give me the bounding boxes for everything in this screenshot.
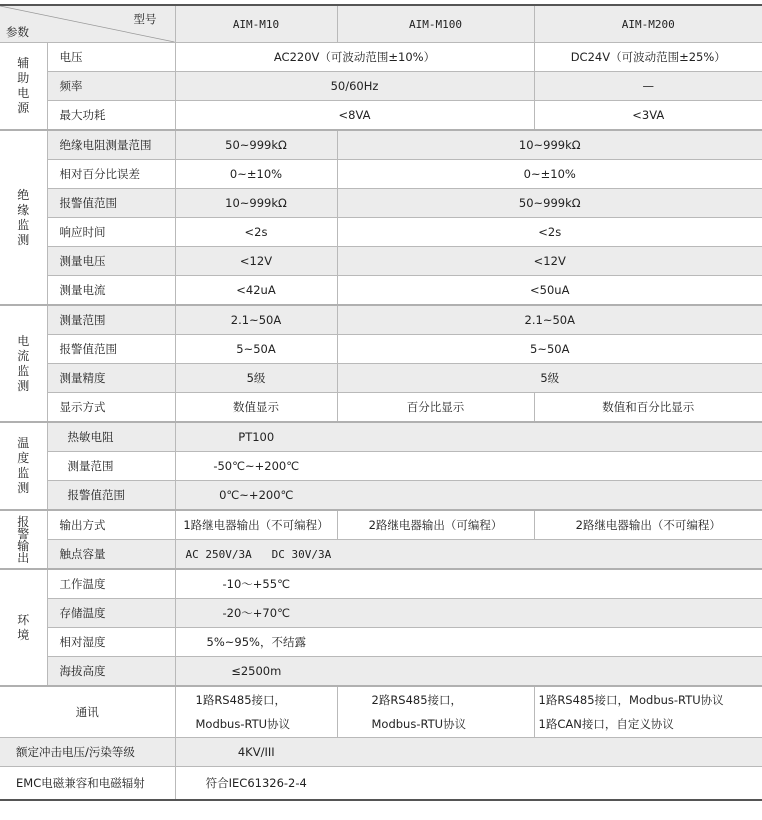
table-row: 环 境 工作温度 -10～+55℃ (0, 569, 762, 599)
value-m10: 50~999kΩ (175, 130, 337, 160)
table-row: 相对湿度 5%~95%，不结露 (0, 628, 762, 657)
param-contact: 触点容量 (47, 540, 175, 570)
value-m100-m200: <12V (337, 247, 762, 276)
param-label: 参数 (6, 24, 29, 40)
value-comm-m100: 2路RS485接口， Modbus-RTU协议 (337, 686, 534, 738)
value-voltage-m200: DC24V（可波动范围±25%） (534, 43, 762, 72)
value-m10: 0℃~+200℃ (175, 481, 337, 511)
value-empty (337, 657, 762, 687)
comm-line: Modbus-RTU协议 (372, 712, 528, 736)
value-comm-m10: 1路RS485接口， Modbus-RTU协议 (175, 686, 337, 738)
comm-line: 1路CAN接口，自定义协议 (539, 712, 757, 736)
value-m100-m200: 5~50A (337, 335, 762, 364)
value-m10: <42uA (175, 276, 337, 306)
value-m10: 2.1~50A (175, 305, 337, 335)
table-row: 测量电压 <12V <12V (0, 247, 762, 276)
table-row: 存储温度 -20～+70℃ (0, 599, 762, 628)
value-frequency-m10-m100: 50/60Hz (175, 72, 534, 101)
comm-line: 1路RS485接口，Modbus-RTU协议 (539, 688, 757, 712)
param-label: 相对湿度 (47, 628, 175, 657)
table-row: 温 度 监 测 热敏电阻 PT100 (0, 422, 762, 452)
value-empty (337, 738, 762, 767)
value-m10: 10~999kΩ (175, 189, 337, 218)
value-m100-m200: <2s (337, 218, 762, 247)
value-m10: 5%~95%，不结露 (175, 628, 337, 657)
param-label: 测量范围 (47, 452, 175, 481)
value-m100-m200: 0~±10% (337, 160, 762, 189)
group-alarm-output: 报 警 输 出 (0, 510, 47, 569)
table-row: 报 警 输 出 输出方式 1路继电器输出（不可编程） 2路继电器输出（可编程） … (0, 510, 762, 540)
spec-table: 型号 参数 AIM-M10 AIM-M100 AIM-M200 辅 助 电 源 … (0, 4, 762, 801)
model-label: 型号 (134, 11, 157, 27)
value-max-power-m200: <3VA (534, 101, 762, 131)
value-m10: 5级 (175, 364, 337, 393)
value-display-m200: 数值和百分比显示 (534, 393, 762, 423)
param-label: 测量电压 (47, 247, 175, 276)
table-row: 报警值范围 0℃~+200℃ (0, 481, 762, 511)
comm-line: Modbus-RTU协议 (196, 712, 331, 736)
param-label: 存储温度 (47, 599, 175, 628)
table-row: 最大功耗 <8VA <3VA (0, 101, 762, 131)
comm-line: 1路RS485接口， (196, 688, 331, 712)
value-frequency-m200: — (534, 72, 762, 101)
model-m100: AIM-M100 (337, 5, 534, 43)
value-m10: -50℃~+200℃ (175, 452, 337, 481)
corner-header: 型号 参数 (0, 5, 175, 43)
value-display-m10: 数值显示 (175, 393, 337, 423)
value-m10: <2s (175, 218, 337, 247)
param-label: 测量精度 (47, 364, 175, 393)
param-display: 显示方式 (47, 393, 175, 423)
param-label: 工作温度 (47, 569, 175, 599)
table-row: 测量范围 -50℃~+200℃ (0, 452, 762, 481)
value-empty (337, 422, 762, 452)
value-emc: 符合IEC61326-2-4 (175, 767, 337, 801)
table-row: 绝 缘 监 测 绝缘电阻测量范围 50~999kΩ 10~999kΩ (0, 130, 762, 160)
param-label: 海拔高度 (47, 657, 175, 687)
model-m200: AIM-M200 (534, 5, 762, 43)
param-max-power: 最大功耗 (47, 101, 175, 131)
value-m10: -20～+70℃ (175, 599, 337, 628)
value-m10: 0~±10% (175, 160, 337, 189)
param-label: 测量范围 (47, 305, 175, 335)
value-m100-m200: 5级 (337, 364, 762, 393)
value-m10: -10～+55℃ (175, 569, 337, 599)
group-current: 电 流 监 测 (0, 305, 47, 422)
value-empty (337, 767, 762, 801)
header-row: 型号 参数 AIM-M10 AIM-M100 AIM-M200 (0, 5, 762, 43)
value-empty (337, 540, 762, 570)
group-insulation: 绝 缘 监 测 (0, 130, 47, 305)
value-impulse: 4KV/III (175, 738, 337, 767)
value-empty (337, 481, 762, 511)
table-row: 通讯 1路RS485接口， Modbus-RTU协议 2路RS485接口， Mo… (0, 686, 762, 738)
value-empty (337, 628, 762, 657)
value-m100-m200: <50uA (337, 276, 762, 306)
table-row: 海拔高度 ≤2500m (0, 657, 762, 687)
value-comm-m200: 1路RS485接口，Modbus-RTU协议 1路CAN接口，自定义协议 (534, 686, 762, 738)
table-row: 报警值范围 5~50A 5~50A (0, 335, 762, 364)
value-output-m10: 1路继电器输出（不可编程） (175, 510, 337, 540)
param-label: 报警值范围 (47, 335, 175, 364)
comm-line: 2路RS485接口， (372, 688, 528, 712)
value-m100-m200: 2.1~50A (337, 305, 762, 335)
group-environment: 环 境 (0, 569, 47, 686)
table-row: 额定冲击电压/污染等级 4KV/III (0, 738, 762, 767)
param-label: 报警值范围 (47, 481, 175, 511)
table-row: 报警值范围 10~999kΩ 50~999kΩ (0, 189, 762, 218)
param-label: 响应时间 (47, 218, 175, 247)
table-row: 显示方式 数值显示 百分比显示 数值和百分比显示 (0, 393, 762, 423)
param-frequency: 频率 (47, 72, 175, 101)
param-label: 报警值范围 (47, 189, 175, 218)
table-row: 电 流 监 测 测量范围 2.1~50A 2.1~50A (0, 305, 762, 335)
value-empty (337, 452, 762, 481)
table-row: 触点容量 AC 250V/3A DC 30V/3A (0, 540, 762, 570)
value-m10: <12V (175, 247, 337, 276)
value-contact: AC 250V/3A DC 30V/3A (175, 540, 337, 570)
value-max-power-m10-m100: <8VA (175, 101, 534, 131)
param-impulse: 额定冲击电压/污染等级 (0, 738, 175, 767)
param-label: 热敏电阻 (47, 422, 175, 452)
value-output-m100: 2路继电器输出（可编程） (337, 510, 534, 540)
table-row: 相对百分比误差 0~±10% 0~±10% (0, 160, 762, 189)
value-m10: 5~50A (175, 335, 337, 364)
param-label: 绝缘电阻测量范围 (47, 130, 175, 160)
table-row: 频率 50/60Hz — (0, 72, 762, 101)
value-empty (337, 599, 762, 628)
param-emc: EMC电磁兼容和电磁辐射 (0, 767, 175, 801)
group-temperature: 温 度 监 测 (0, 422, 47, 510)
table-row: 测量电流 <42uA <50uA (0, 276, 762, 306)
table-row: EMC电磁兼容和电磁辐射 符合IEC61326-2-4 (0, 767, 762, 801)
value-m100-m200: 10~999kΩ (337, 130, 762, 160)
table-row: 测量精度 5级 5级 (0, 364, 762, 393)
value-m10: PT100 (175, 422, 337, 452)
value-output-m200: 2路继电器输出（不可编程） (534, 510, 762, 540)
group-aux-power: 辅 助 电 源 (0, 43, 47, 131)
value-voltage-m10-m100: AC220V（可波动范围±10%） (175, 43, 534, 72)
model-m10: AIM-M10 (175, 5, 337, 43)
value-display-m100: 百分比显示 (337, 393, 534, 423)
table-row: 辅 助 电 源 电压 AC220V（可波动范围±10%） DC24V（可波动范围… (0, 43, 762, 72)
value-m10: ≤2500m (175, 657, 337, 687)
param-communication: 通讯 (0, 686, 175, 738)
param-label: 相对百分比误差 (47, 160, 175, 189)
param-output-mode: 输出方式 (47, 510, 175, 540)
param-voltage: 电压 (47, 43, 175, 72)
value-empty (337, 569, 762, 599)
value-m100-m200: 50~999kΩ (337, 189, 762, 218)
param-label: 测量电流 (47, 276, 175, 306)
table-row: 响应时间 <2s <2s (0, 218, 762, 247)
